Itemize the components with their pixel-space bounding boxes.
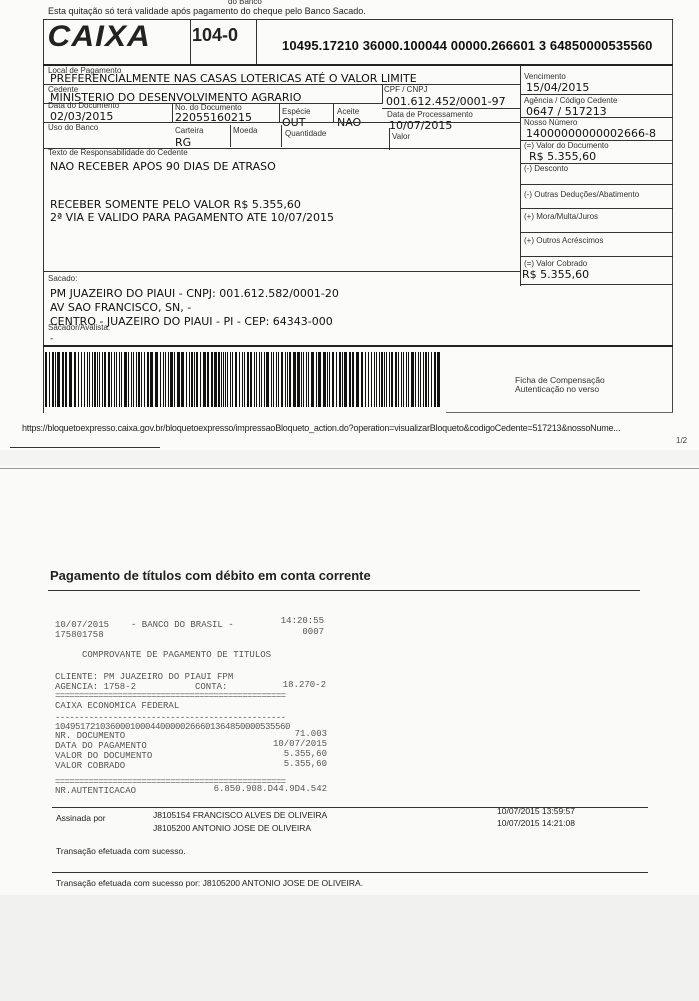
autenticacao-label: NR.AUTENTICACAO bbox=[55, 786, 136, 796]
barcode-bar bbox=[437, 352, 440, 407]
barcode-bar bbox=[94, 352, 96, 407]
barcode-bar bbox=[239, 352, 240, 407]
barcode-bar bbox=[160, 352, 161, 407]
instruction-line: RECEBER SOMENTE PELO VALOR R$ 5.355,60 bbox=[50, 199, 301, 211]
comprovante-title: COMPROVANTE DE PAGAMENTO DE TITULOS bbox=[82, 650, 271, 660]
barcode-bar bbox=[196, 352, 198, 407]
caixa-logo: CAIXA bbox=[48, 20, 151, 54]
quitacao-note: Esta quitação só terá validade após paga… bbox=[48, 6, 366, 16]
divider bbox=[520, 66, 521, 286]
receipt-beneficiario: CAIXA ECONOMICA FEDERAL bbox=[55, 701, 179, 711]
bank-code: 104-0 bbox=[192, 25, 238, 46]
signer-datetime: 10/07/2015 13:59:57 bbox=[497, 806, 575, 816]
transaction-status: Transação efetuada com sucesso. bbox=[56, 846, 186, 856]
divider bbox=[52, 872, 648, 873]
barcode-bar bbox=[165, 352, 166, 407]
signer-name: J8105154 FRANCISCO ALVES DE OLIVEIRA bbox=[153, 810, 327, 820]
barcode-bar bbox=[174, 352, 175, 407]
barcode-bar bbox=[276, 352, 277, 407]
receipt-row-label: DATA DO PAGAMENTO bbox=[55, 741, 147, 751]
barcode-bar bbox=[55, 352, 56, 407]
receipt-time: 14:20:55 bbox=[260, 616, 324, 626]
page-number: 1/2 bbox=[676, 436, 687, 445]
texto-responsabilidade-label: Texto de Responsabilidade do Cedente bbox=[48, 148, 188, 157]
instruction-line: 2ª VIA E VALIDO PARA PAGAMENTO ATE 10/07… bbox=[50, 212, 334, 224]
barcode-bar bbox=[214, 352, 217, 407]
valor-documento-value: R$ 5.355,60 bbox=[529, 151, 596, 163]
barcode-bar bbox=[104, 352, 106, 407]
barcode-bar bbox=[78, 352, 79, 407]
barcode-bar bbox=[301, 352, 302, 407]
barcode-bar bbox=[342, 352, 343, 407]
barcode-bar bbox=[155, 352, 158, 407]
barcode-bar bbox=[99, 352, 100, 407]
assinada-por-label: Assinada por bbox=[56, 813, 106, 823]
receipt-row-value: 5.355,60 bbox=[200, 759, 327, 769]
signer-name: J8105200 ANTONIO JOSE DE OLIVEIRA bbox=[153, 823, 311, 833]
barcode-bar bbox=[74, 352, 76, 407]
barcode-bar bbox=[65, 352, 67, 407]
barcode-bar bbox=[69, 352, 72, 407]
barcode-bar bbox=[311, 352, 314, 407]
barcode-bar bbox=[261, 352, 262, 407]
divider bbox=[382, 108, 520, 109]
divider bbox=[333, 103, 334, 123]
barcode-bar bbox=[264, 352, 265, 407]
barcode-bar bbox=[119, 352, 120, 407]
barcode-bar bbox=[147, 352, 149, 407]
barcode-bar bbox=[45, 352, 47, 407]
barcode-bar bbox=[285, 352, 286, 407]
separator: ========================================… bbox=[55, 691, 285, 701]
barcode-bar bbox=[287, 352, 288, 407]
divider bbox=[521, 94, 673, 95]
barcode-bar bbox=[318, 352, 321, 407]
divider bbox=[521, 232, 673, 233]
barcode-bar bbox=[141, 352, 142, 407]
barcode-bar bbox=[111, 352, 112, 407]
barcode-bar bbox=[225, 352, 226, 407]
uso-banco-label: Uso do Banco bbox=[48, 123, 98, 132]
mora-multa-label: (+) Mora/Multa/Juros bbox=[524, 212, 598, 221]
vencimento-value: 15/04/2015 bbox=[526, 82, 589, 94]
divider bbox=[521, 184, 673, 185]
divider bbox=[43, 122, 520, 123]
barcode-bar bbox=[84, 352, 85, 407]
barcode-bar bbox=[329, 352, 330, 407]
barcode-bar bbox=[428, 352, 429, 407]
divider bbox=[446, 412, 673, 413]
divider bbox=[281, 125, 282, 147]
barcode-bar bbox=[133, 352, 134, 407]
barcode-bar bbox=[259, 352, 260, 407]
barcode-bar bbox=[207, 352, 209, 407]
barcode-bar bbox=[52, 352, 54, 407]
barcode-bar bbox=[203, 352, 206, 407]
valor-cobrado-label: (=) Valor Cobrado bbox=[524, 259, 587, 268]
barcode-bar bbox=[200, 352, 201, 407]
divider bbox=[256, 19, 257, 65]
sacado-line: AV SAO FRANCISCO, SN, - bbox=[50, 302, 191, 314]
barcode-bar bbox=[271, 352, 272, 407]
moeda-label: Moeda bbox=[233, 126, 257, 135]
barcode-bar bbox=[425, 352, 427, 407]
barcode-bar bbox=[418, 352, 419, 407]
barcode-bar bbox=[244, 352, 245, 407]
divider bbox=[382, 84, 383, 104]
instruction-line: NAO RECEBER APOS 90 DIAS DE ATRASO bbox=[50, 161, 276, 173]
cpf-cnpj-label: CPF / CNPJ bbox=[384, 85, 428, 94]
sacado-line: PM JUAZEIRO DO PIAUI - CNPJ: 001.612.582… bbox=[50, 288, 339, 300]
divider bbox=[43, 345, 673, 347]
barcode-bar bbox=[266, 352, 269, 407]
desconto-label: (-) Desconto bbox=[524, 164, 568, 173]
receipt-row-label: NR. DOCUMENTO bbox=[55, 731, 125, 741]
barcode-bar bbox=[361, 352, 363, 407]
receipt-row-value: 5.355,60 bbox=[200, 749, 327, 759]
barcode-bar bbox=[256, 352, 257, 407]
especie-value: OUT bbox=[282, 117, 305, 129]
barcode-bar bbox=[365, 352, 366, 407]
data-documento-label: Data do Documento bbox=[48, 101, 119, 110]
barcode-bar bbox=[278, 352, 279, 407]
data-processamento-label: Data de Processamento bbox=[387, 110, 473, 119]
especie-label: Espécie bbox=[282, 107, 310, 116]
divider bbox=[521, 284, 673, 285]
barcode-bar bbox=[121, 352, 122, 407]
barcode-bar bbox=[177, 352, 180, 407]
outros-acrescimos-label: (+) Outros Acréscimos bbox=[524, 236, 603, 245]
barcode-bar bbox=[136, 352, 137, 407]
barcode-bar bbox=[316, 352, 317, 407]
vencimento-label: Vencimento bbox=[524, 72, 566, 81]
page-url: https://bloquetoexpresso.caixa.gov.br/bl… bbox=[22, 423, 620, 433]
barcode-bar bbox=[89, 352, 90, 407]
receipt-row-label: VALOR COBRADO bbox=[55, 761, 125, 771]
nosso-numero-label: Nosso Número bbox=[524, 118, 577, 127]
receipt-title: Pagamento de títulos com débito em conta… bbox=[50, 568, 371, 583]
outras-deducoes-label: (-) Outras Deduções/Abatimento bbox=[524, 190, 639, 199]
barcode-bar bbox=[376, 352, 377, 407]
barcode-bar bbox=[281, 352, 283, 407]
barcode-bar bbox=[242, 352, 243, 407]
barcode-bar bbox=[403, 352, 404, 407]
barcode-bar bbox=[306, 352, 307, 407]
barcode-bar bbox=[293, 352, 296, 407]
agencia-codigo-label: Agência / Código Cedente bbox=[524, 96, 617, 105]
barcode-bar bbox=[189, 352, 190, 407]
sacador-value: - bbox=[50, 333, 53, 345]
barcode-bar bbox=[308, 352, 309, 407]
barcode-bar bbox=[327, 352, 328, 407]
barcode-bar bbox=[223, 352, 224, 407]
barcode-bar bbox=[332, 352, 334, 407]
divider bbox=[521, 208, 673, 209]
barcode-bar bbox=[81, 352, 82, 407]
barcode-bar bbox=[408, 352, 409, 407]
barcode-bar bbox=[254, 352, 255, 407]
barcode-bar bbox=[415, 352, 416, 407]
carteira-label: Carteira bbox=[175, 126, 203, 135]
barcode-bar bbox=[303, 352, 304, 407]
barcode-bar bbox=[420, 352, 421, 407]
aceite-value: NAO bbox=[337, 117, 361, 129]
barcode-bar bbox=[368, 352, 369, 407]
transaction-final-status: Transação efetuada com sucesso por: J810… bbox=[56, 878, 363, 888]
barcode-bar bbox=[114, 352, 115, 407]
barcode-bar bbox=[181, 352, 184, 407]
page-shadow bbox=[0, 895, 699, 1001]
barcode-bar bbox=[186, 352, 187, 407]
barcode-bar bbox=[297, 352, 300, 407]
receipt-bank: - BANCO DO BRASIL - bbox=[131, 620, 234, 630]
valor-documento-label: (=) Valor do Documento bbox=[524, 141, 609, 150]
barcode bbox=[45, 352, 445, 407]
barcode-bar bbox=[371, 352, 372, 407]
barcode-bar bbox=[97, 352, 98, 407]
barcode-bar bbox=[131, 352, 132, 407]
divider bbox=[43, 64, 673, 66]
barcode-bar bbox=[138, 352, 140, 407]
barcode-bar bbox=[273, 352, 274, 407]
divider bbox=[172, 103, 173, 123]
divider bbox=[10, 447, 160, 448]
signer-datetime: 10/07/2015 14:21:08 bbox=[497, 818, 575, 828]
valor-cobrado-value: R$ 5.355,60 bbox=[522, 269, 589, 281]
receipt-row-value: 71.003 bbox=[200, 729, 327, 739]
barcode-bar bbox=[218, 352, 220, 407]
barcode-bar bbox=[323, 352, 326, 407]
barcode-bar bbox=[289, 352, 291, 407]
barcode-bar bbox=[379, 352, 380, 407]
barcode-bar bbox=[128, 352, 129, 407]
receipt-conta-value: 18.270-2 bbox=[260, 680, 326, 690]
barcode-bar bbox=[386, 352, 387, 407]
barcode-bar bbox=[391, 352, 393, 407]
receipt-seq: 0007 bbox=[260, 627, 324, 637]
divider bbox=[48, 590, 640, 591]
barcode-bar bbox=[102, 352, 103, 407]
divider bbox=[43, 84, 520, 85]
barcode-bar bbox=[434, 352, 436, 407]
barcode-bar bbox=[235, 352, 237, 407]
barcode-bar bbox=[395, 352, 397, 407]
divider bbox=[521, 256, 673, 257]
barcode-bar bbox=[170, 352, 173, 407]
receipt-row-label: VALOR DO DOCUMENTO bbox=[55, 751, 152, 761]
quantidade-label: Quantidade bbox=[285, 129, 326, 138]
barcode-bar bbox=[431, 352, 432, 407]
receipt-date: 10/07/2015 bbox=[55, 620, 109, 630]
barcode-bar bbox=[344, 352, 347, 407]
barcode-bar bbox=[247, 352, 249, 407]
barcode-bar bbox=[227, 352, 228, 407]
divider bbox=[279, 103, 280, 123]
autenticacao-value: 6.850.908.D44.9D4.542 bbox=[180, 784, 327, 794]
valor-label: Valor bbox=[392, 132, 410, 141]
divider bbox=[190, 19, 191, 65]
barcode-bar bbox=[398, 352, 399, 407]
barcode-bar bbox=[144, 352, 145, 407]
barcode-bar bbox=[108, 352, 110, 407]
barcode-bar bbox=[389, 352, 390, 407]
barcode-bar bbox=[191, 352, 193, 407]
barcode-bar bbox=[230, 352, 231, 407]
barcode-bar bbox=[381, 352, 383, 407]
receipt-cliente: CLIENTE: PM JUAZEIRO DO PIAUI FPM bbox=[55, 672, 233, 682]
barcode-bar bbox=[406, 352, 407, 407]
barcode-bar bbox=[116, 352, 117, 407]
barcode-bar bbox=[356, 352, 359, 407]
nosso-numero-value: 14000000000002666-8 bbox=[526, 128, 656, 140]
sacado-label: Sacado: bbox=[48, 274, 77, 283]
barcode-bar bbox=[57, 352, 60, 407]
barcode-bar bbox=[349, 352, 351, 407]
barcode-bar bbox=[339, 352, 341, 407]
barcode-bar bbox=[150, 352, 153, 407]
divider bbox=[43, 271, 520, 272]
barcode-bar bbox=[352, 352, 354, 407]
barcode-bar bbox=[62, 352, 64, 407]
barcode-bar bbox=[221, 352, 222, 407]
barcode-bar bbox=[423, 352, 424, 407]
divider bbox=[389, 128, 390, 150]
barcode-bar bbox=[194, 352, 195, 407]
aceite-label: Aceite bbox=[337, 107, 359, 116]
linha-digitavel: 10495.17210 36000.100044 00000.266601 3 … bbox=[282, 38, 653, 53]
barcode-bar bbox=[124, 352, 127, 407]
page-edge bbox=[0, 468, 699, 469]
receipt-row-value: 10/07/2015 bbox=[200, 739, 327, 749]
barcode-bar bbox=[336, 352, 337, 407]
sacador-label: Sacador/Avalista: bbox=[48, 323, 110, 332]
barcode-bar bbox=[87, 352, 88, 407]
barcode-bar bbox=[49, 352, 50, 407]
barcode-bar bbox=[401, 352, 402, 407]
barcode-bar bbox=[163, 352, 164, 407]
barcode-bar bbox=[250, 352, 252, 407]
autenticacao-verso: Autenticação no verso bbox=[515, 385, 599, 394]
barcode-bar bbox=[211, 352, 213, 407]
barcode-bar bbox=[168, 352, 169, 407]
barcode-bar bbox=[374, 352, 375, 407]
barcode-bar bbox=[411, 352, 414, 407]
receipt-id: 175801758 bbox=[55, 630, 104, 640]
divider bbox=[230, 125, 231, 147]
barcode-bar bbox=[232, 352, 233, 407]
barcode-bar bbox=[92, 352, 93, 407]
cpf-cnpj-value: 001.612.452/0001-97 bbox=[386, 96, 506, 108]
barcode-bar bbox=[384, 352, 385, 407]
